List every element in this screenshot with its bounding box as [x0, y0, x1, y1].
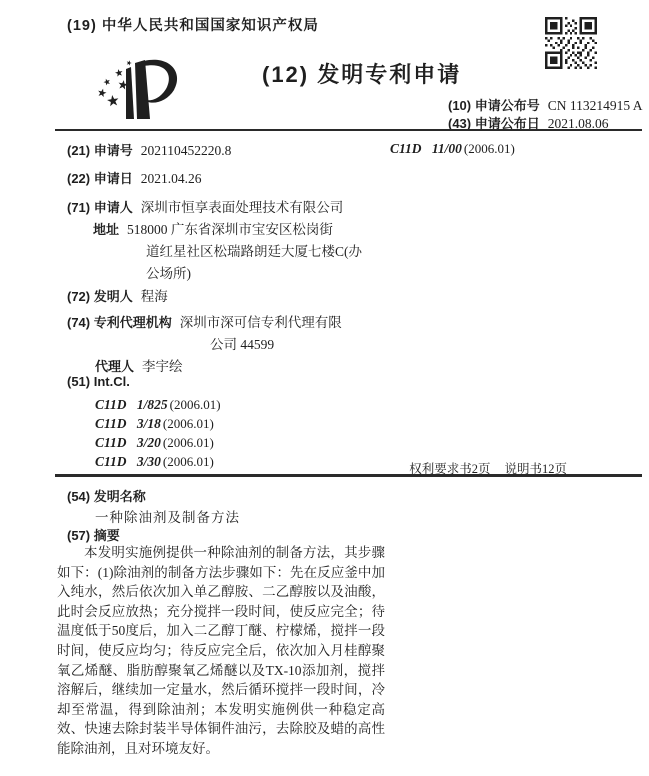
inventor-label: (72) 发明人	[67, 289, 133, 304]
agency-label: (74) 专利代理机构	[67, 315, 172, 330]
applicant-name: 深圳市恒享表面处理技术有限公司	[141, 200, 344, 215]
address-line-2: 道红星社区松瑞路朗廷大厦七楼C(办	[146, 240, 362, 260]
intcl-label: (51) Int.Cl.	[67, 374, 130, 389]
address-label: 地址	[93, 222, 119, 237]
ipc-entry-2-code: C11D 3/18	[95, 416, 161, 431]
agency-line-2: 公司 44599	[210, 333, 274, 353]
abstract-text: 本发明实施例提供一种除油剂的制备方法，其步骤如下：(1)除油剂的制备方法步骤如下…	[57, 543, 385, 773]
qr-code-icon	[545, 17, 597, 69]
section-divider	[55, 474, 642, 477]
publication-number-row: (10) 申请公布号CN 113214915 A	[448, 95, 643, 115]
agent-label: 代理人	[95, 359, 134, 374]
invention-title-label: (54) 发明名称	[67, 486, 146, 505]
address-line-1: 518000 广东省深圳市宝安区松岗街	[127, 222, 333, 237]
application-number-label: (21) 申请号	[67, 143, 133, 158]
agency-row: (74) 专利代理机构深圳市深可信专利代理有限	[67, 311, 342, 332]
application-date-label: (22) 申请日	[67, 171, 133, 186]
ipc-entry-4: C11D 3/30(2006.01)	[95, 453, 214, 471]
ipc-entry-2-version: (2006.01)	[163, 416, 214, 431]
applicant-row: (71) 申请人深圳市恒享表面处理技术有限公司	[67, 196, 343, 217]
address-line-3: 公场所)	[146, 262, 191, 282]
ipc-entry-1: C11D 1/825(2006.01)	[95, 396, 221, 414]
ipc-entry-2: C11D 3/18(2006.01)	[95, 415, 214, 433]
invention-title: 一种除油剂及制备方法	[95, 506, 240, 526]
application-date-value: 2021.04.26	[141, 171, 202, 186]
inventor-name: 程海	[141, 289, 168, 304]
agency-line-1: 深圳市深可信专利代理有限	[180, 315, 342, 330]
address-row: 地址518000 广东省深圳市宝安区松岗街	[93, 218, 333, 239]
agent-row: 代理人李宇绘	[95, 355, 183, 376]
ipc-entry-3: C11D 3/20(2006.01)	[95, 434, 214, 452]
inventor-row: (72) 发明人程海	[67, 285, 168, 306]
header-divider	[55, 129, 642, 131]
office-name: (19) 中华人民共和国国家知识产权局	[67, 14, 319, 35]
ipc-entry-1-code: C11D 1/825	[95, 397, 168, 412]
ipc-entry-4-code: C11D 3/30	[95, 454, 161, 469]
doc-type-title: (12) 发明专利申请	[262, 58, 461, 89]
application-date-row: (22) 申请日2021.04.26	[67, 168, 201, 188]
applicant-label: (71) 申请人	[67, 200, 133, 215]
cnipa-logo-icon	[88, 54, 188, 126]
patent-front-page: (19) 中华人民共和国国家知识产权局	[0, 0, 649, 776]
ipc-entry-3-code: C11D 3/20	[95, 435, 161, 450]
ipc-main-code: C11D 11/00	[390, 141, 462, 156]
ipc-main-version: (2006.01)	[464, 141, 515, 156]
application-number-row: (21) 申请号202110452220.8	[67, 140, 231, 160]
application-number-value: 202110452220.8	[141, 143, 232, 158]
ipc-entry-4-version: (2006.01)	[163, 454, 214, 469]
abstract-label: (57) 摘要	[67, 525, 120, 544]
publication-number-label: (10) 申请公布号	[448, 98, 540, 113]
agent-name: 李宇绘	[142, 359, 183, 374]
ipc-entry-1-version: (2006.01)	[170, 397, 221, 412]
ipc-entry-3-version: (2006.01)	[163, 435, 214, 450]
ipc-main-row: C11D 11/00(2006.01)	[390, 140, 515, 158]
publication-number-value: CN 113214915 A	[548, 98, 643, 113]
